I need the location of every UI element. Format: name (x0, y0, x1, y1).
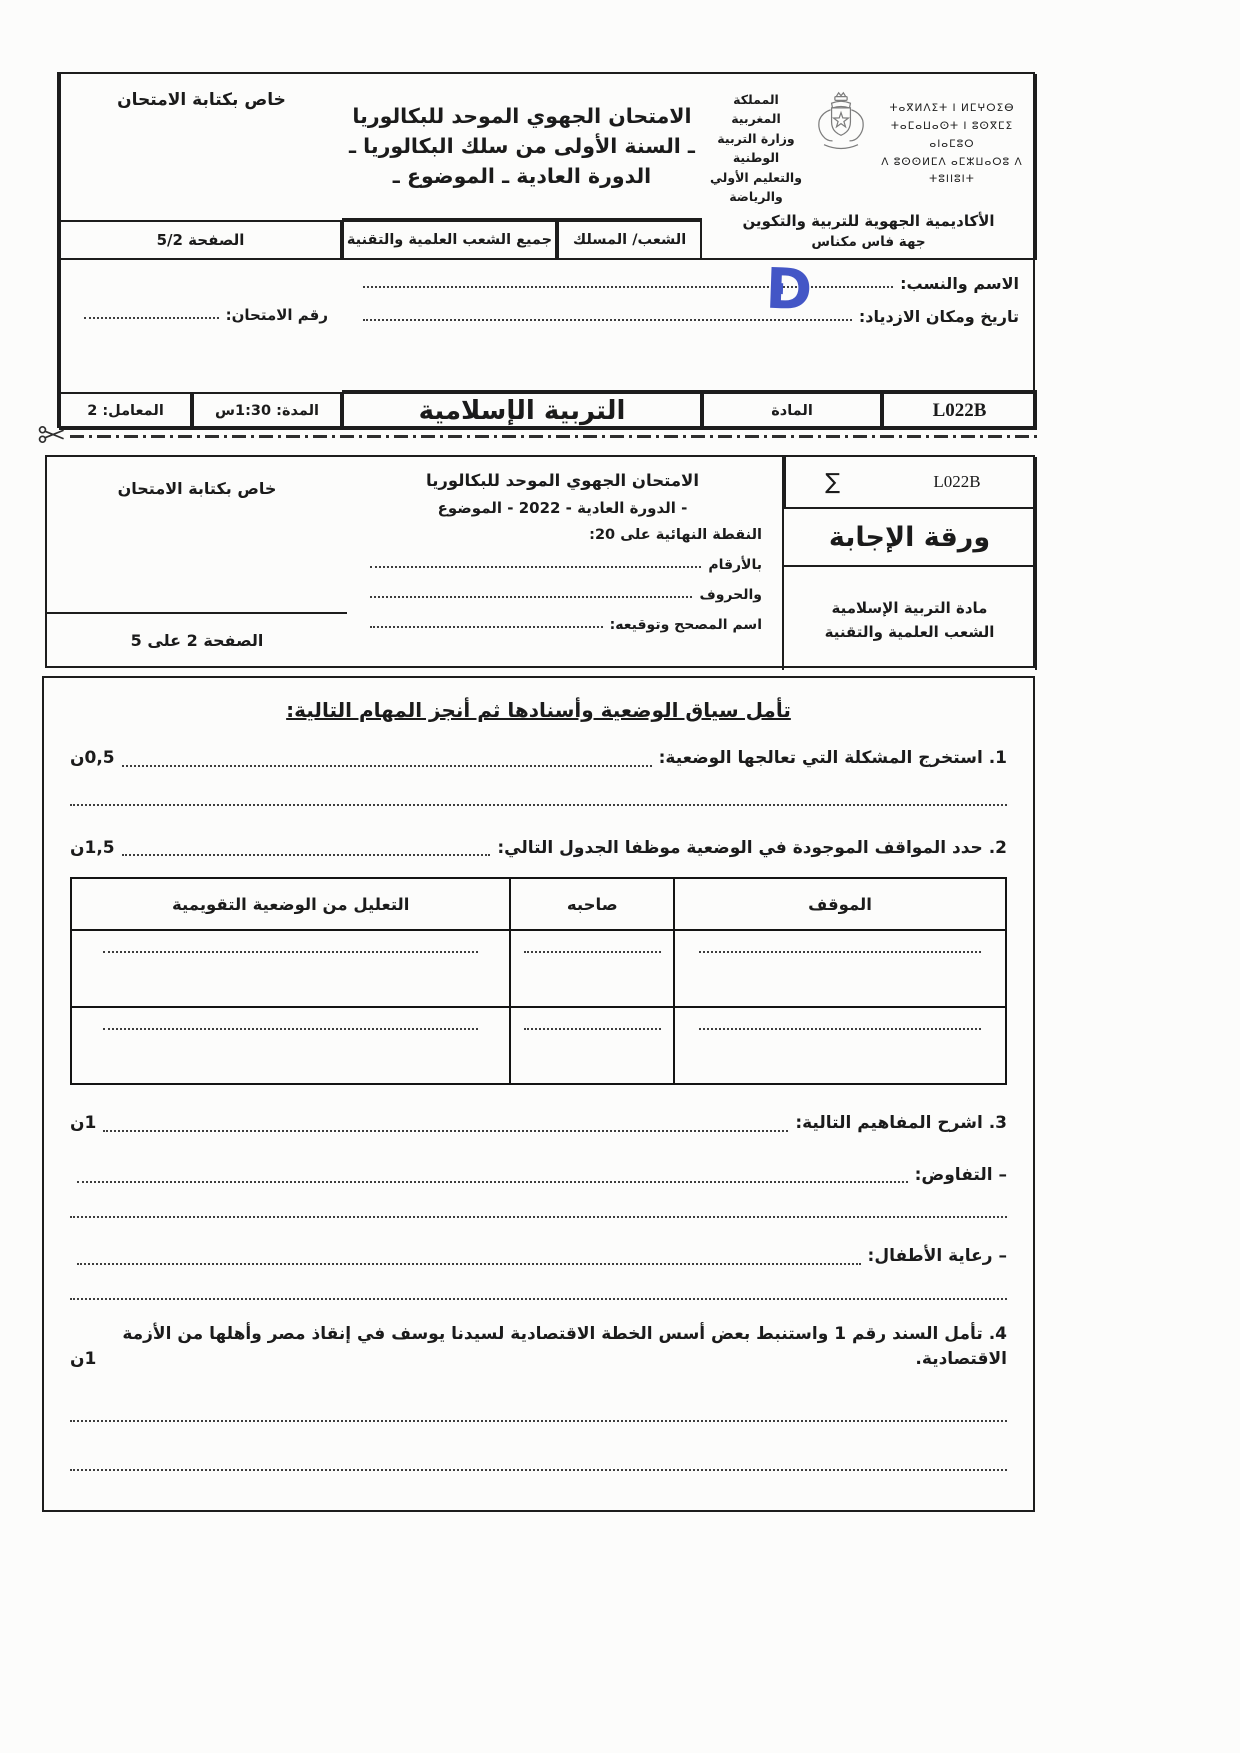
answer-line (70, 802, 1007, 806)
answer-sheet-header-box: ∑ L022B ورقة الإجابة مادة التربية الإسلا… (45, 455, 1035, 668)
ministry-tifinagh-text: ⵜⴰⴳⵍⴷⵉⵜ ⵏ ⵍⵎⵖⵔⵉⴱ ⵜⴰⵎⴰⵡⴰⵙⵜ ⵏ ⵓⵙⴳⵎⵉ ⴰⵏⴰⵎⵓⵔ… (877, 90, 1027, 189)
concept-negotiation-field (77, 1181, 908, 1183)
question-3: 3. اشرح المفاهيم التالية: 1ن (70, 1111, 1007, 1137)
page-ref: الصفحة 5/2 (59, 220, 342, 260)
academy-region: جهة فاس مكناس (702, 234, 1035, 250)
col-owner: صاحبه (510, 878, 674, 930)
question-4-text: 4. تأمل السند رقم 1 واستنبط بعض أسس الخط… (102, 1322, 1007, 1373)
answer-subject-line1: مادة التربية الإسلامية (832, 599, 988, 617)
sigma-symbol: ∑ (784, 457, 879, 507)
exam-writing-note: خاص بكتابة الامتحان (59, 74, 342, 220)
exam-header-box: المملكة المغربية وزارة التربية الوطنية و… (57, 72, 1035, 428)
mark-in-numbers-label: بالأرقام (708, 557, 762, 573)
handwritten-mark: D II (741, 261, 813, 327)
question-4-points: 1ن (70, 1347, 96, 1373)
fullname-field (363, 286, 893, 288)
scissors-icon (38, 425, 66, 448)
question-2: 2. حدد المواقف الموجودة في الوضعية موظفا… (70, 836, 1007, 862)
answer-subject: مادة التربية الإسلامية الشعب العلمية وال… (784, 567, 1035, 672)
question-3-points: 1ن (70, 1111, 96, 1137)
answer-line (70, 1214, 1007, 1218)
concept-negotiation: – التفاوض: (70, 1163, 1007, 1189)
exam-title-line2: ـ السنة الأولى من سلك البكالوريا ـ (342, 134, 702, 158)
table-row (71, 930, 1006, 1007)
fullname-label: الاسم والنسب: (900, 274, 1019, 293)
question-2-answer-field (122, 854, 491, 856)
cut-line (38, 426, 1040, 446)
ministry-name-line2: والتعليم الأولي والرياضة (708, 168, 804, 207)
owner-cell (510, 930, 674, 1007)
exam-title-line1: الامتحان الجهوي الموحد للبكالوريا (342, 104, 702, 128)
subject-label: المادة (702, 392, 882, 430)
exam-code: L022B (882, 392, 1037, 430)
question-1-text: 1. استخرج المشكلة التي تعالجها الوضعية: (659, 746, 1007, 772)
birthdate-label: تاريخ ومكان الازدياد: (859, 307, 1019, 326)
instruction-title: تأمل سياق الوضعية وأسنادها ثم أنجز المها… (70, 698, 1007, 722)
answer-exam-code: L022B (879, 457, 1035, 507)
exam-number-label: رقم الامتحان: (226, 306, 328, 324)
justification-cell (71, 1007, 510, 1084)
answer-exam-title: الامتحان الجهوي الموحد للبكالوريا (363, 471, 762, 490)
concept-childcare: – رعاية الأطفال: (70, 1244, 1007, 1270)
col-justification: التعليل من الوضعية التقويمية (71, 878, 510, 930)
grader-name-field (370, 626, 603, 628)
answer-left-column: خاص بكتابة الامتحان الصفحة 2 على 5 (47, 457, 347, 670)
answer-center-column: الامتحان الجهوي الموحد للبكالوريا - الدو… (347, 457, 784, 670)
answer-sheet-title: ورقة الإجابة (784, 509, 1035, 567)
cut-rule (70, 435, 1040, 438)
mark-in-letters-label: والحروف (699, 587, 762, 603)
scanned-exam-page: المملكة المغربية وزارة التربية الوطنية و… (0, 0, 1240, 1753)
concept-childcare-field (77, 1263, 861, 1265)
subject-value: التربية الإسلامية (342, 392, 702, 430)
track-row: الشعب/ المسلك جميع الشعب العلمية والتقني… (342, 220, 702, 260)
mark-in-numbers-field (370, 566, 701, 568)
coefficient: المعامل: 2 (59, 392, 192, 430)
grader-name-label: اسم المصحح وتوقيعه: (610, 617, 762, 633)
exam-title: الامتحان الجهوي الموحد للبكالوريا ـ السن… (342, 74, 702, 220)
question-1-points: 0,5ن (70, 746, 115, 772)
candidate-info-area: الاسم والنسب: تاريخ ومكان الازدياد: (342, 260, 1037, 392)
exam-title-line3: الدورة العادية ـ الموضوع ـ (342, 164, 702, 188)
mark-in-letters-field (370, 596, 692, 598)
answer-subject-line2: الشعب العلمية والتقنية (825, 623, 995, 641)
question-2-points: 1,5ن (70, 836, 115, 862)
ministry-arabic-text: المملكة المغربية وزارة التربية الوطنية و… (708, 90, 804, 206)
track-label: الشعب/ المسلك (557, 220, 702, 260)
kingdom-name: المملكة المغربية (708, 90, 804, 129)
position-cell (674, 930, 1006, 1007)
owner-cell (510, 1007, 674, 1084)
table-row (71, 1007, 1006, 1084)
academy-name: الأكاديمية الجهوية للتربية والتكوين (702, 212, 1035, 230)
questions-box: تأمل سياق الوضعية وأسنادها ثم أنجز المها… (42, 676, 1035, 1512)
ministry-name-line1: وزارة التربية الوطنية (708, 129, 804, 168)
answer-line (70, 1296, 1007, 1300)
question-3-text: 3. اشرح المفاهيم التالية: (795, 1111, 1007, 1137)
exam-number-field (84, 317, 219, 319)
answer-line (70, 1418, 1007, 1422)
final-mark-label: النقطة النهائية على 20: (363, 527, 762, 543)
duration: المدة: 1:30س (192, 392, 342, 430)
question-3-answer-field (103, 1130, 788, 1132)
question-2-text: 2. حدد المواقف الموجودة في الوضعية موظفا… (497, 836, 1007, 862)
ministry-section: المملكة المغربية وزارة التربية الوطنية و… (702, 74, 1037, 260)
concept-negotiation-label: – التفاوض: (915, 1163, 1007, 1189)
kingdom-emblem-icon (810, 90, 872, 160)
track-value: جميع الشعب العلمية والتقنية (342, 220, 557, 260)
answer-line (70, 1467, 1007, 1471)
exam-number-area: رقم الامتحان: (59, 260, 342, 392)
concept-childcare-label: – رعاية الأطفال: (868, 1244, 1007, 1270)
position-cell (674, 1007, 1006, 1084)
question-4: 4. تأمل السند رقم 1 واستنبط بعض أسس الخط… (70, 1322, 1007, 1373)
col-position: الموقف (674, 878, 1006, 930)
question-1: 1. استخرج المشكلة التي تعالجها الوضعية: … (70, 746, 1007, 772)
answer-right-column: ∑ L022B ورقة الإجابة مادة التربية الإسلا… (784, 457, 1037, 670)
answer-writing-note: خاص بكتابة الامتحان (47, 457, 347, 614)
answer-page-ref: الصفحة 2 على 5 (47, 614, 347, 666)
justification-cell (71, 930, 510, 1007)
answer-session: - الدورة العادية - 2022 - الموضوع (363, 499, 762, 517)
positions-table: الموقف صاحبه التعليل من الوضعية التقويمي… (70, 877, 1007, 1085)
table-header-row: الموقف صاحبه التعليل من الوضعية التقويمي… (71, 878, 1006, 930)
question-1-answer-field (122, 765, 652, 767)
